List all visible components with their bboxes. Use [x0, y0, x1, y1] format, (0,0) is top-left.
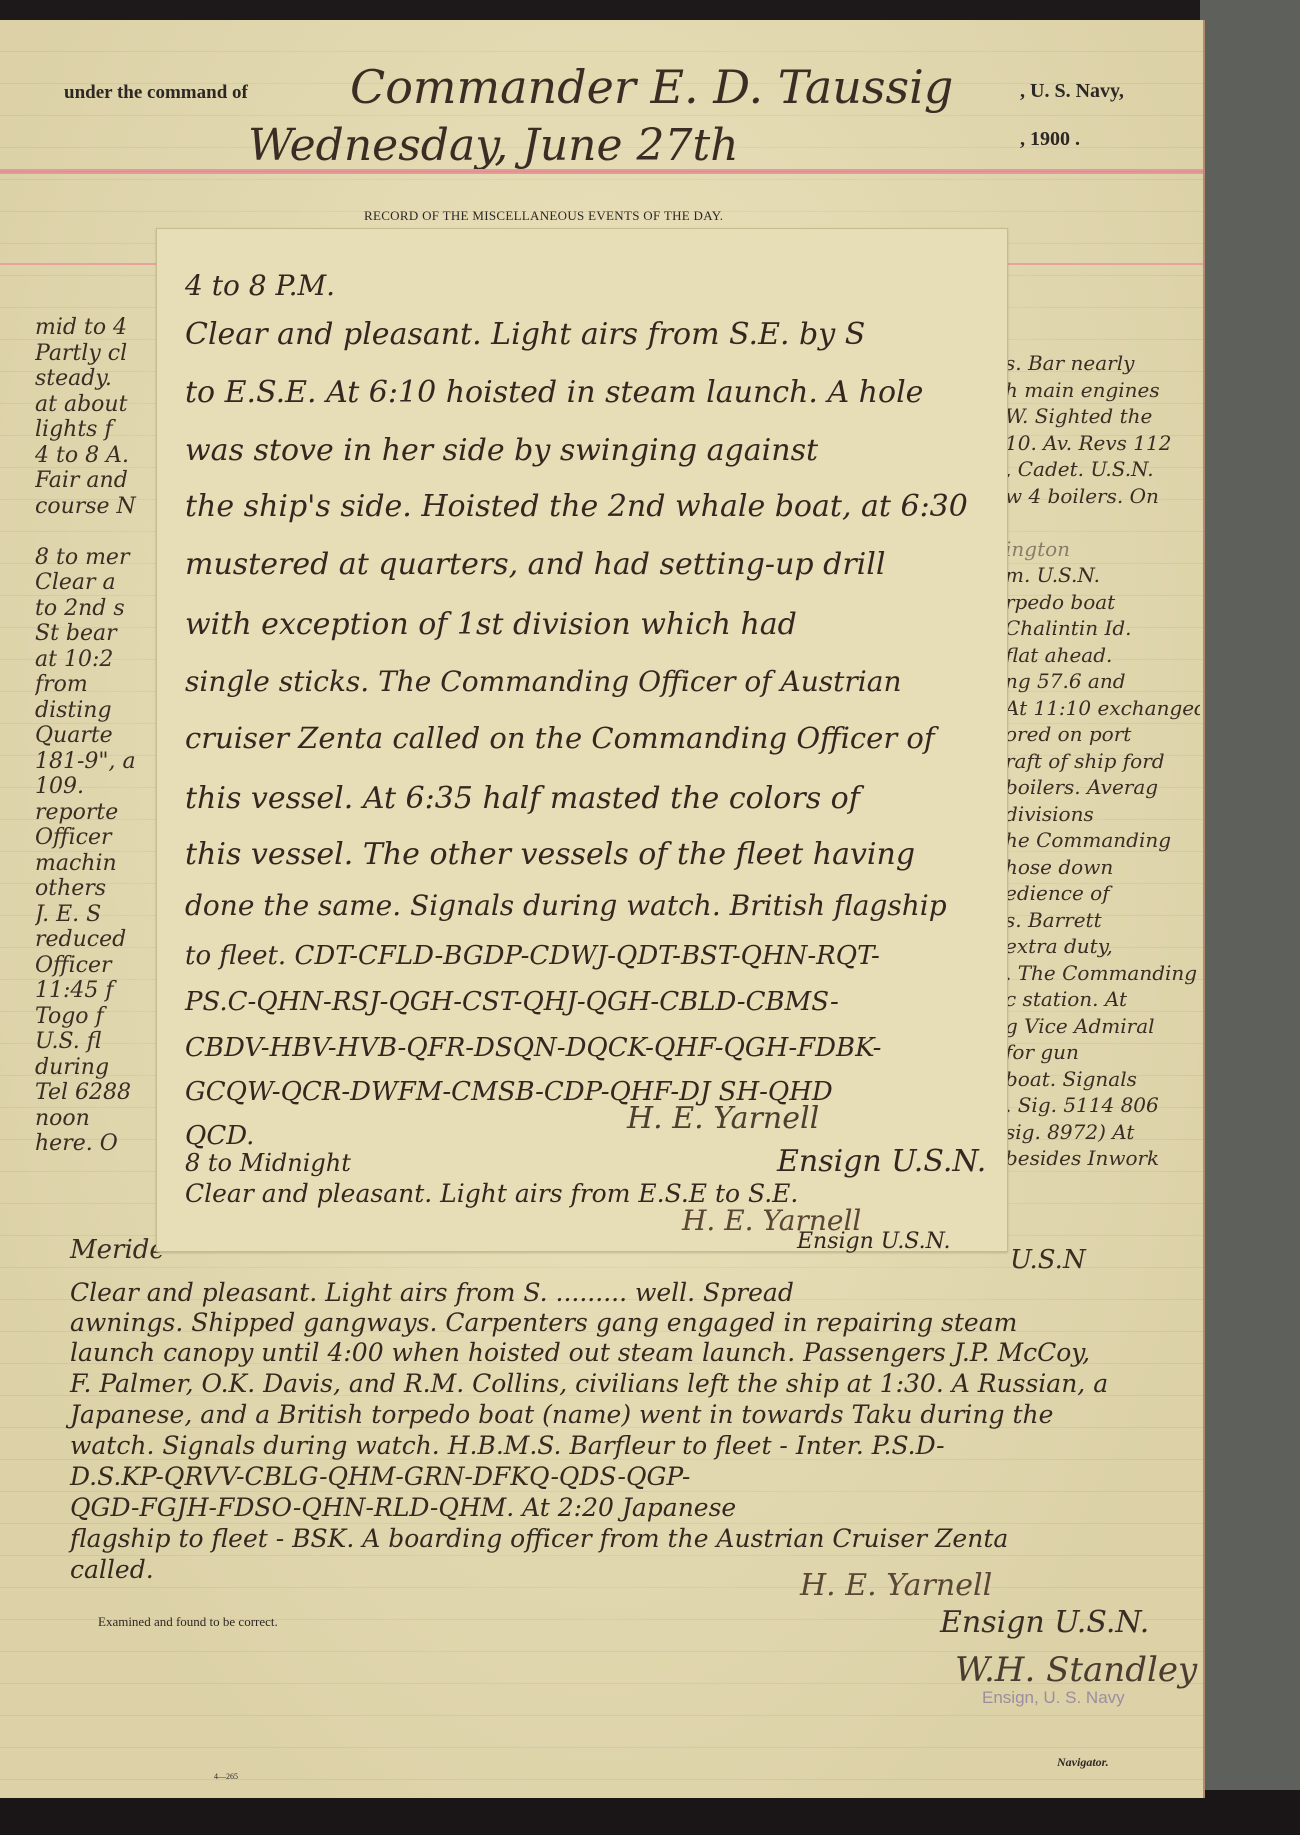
- text-fragment: , Cadet. U.S.N.: [1005, 456, 1200, 483]
- text-fragment: . The Commanding: [1005, 960, 1200, 987]
- header-rule: [0, 169, 1203, 174]
- scan-background-top: [0, 0, 1300, 22]
- date-field: Wednesday, June 27th: [248, 120, 739, 171]
- text-fragment: course N: [35, 494, 155, 520]
- text-fragment: 8 to mer: [35, 545, 155, 571]
- slip-line: single sticks. The Commanding Officer of…: [185, 665, 901, 698]
- text-fragment: raft of ship ford: [1005, 748, 1200, 775]
- entry-line: watch. Signals during watch. H.B.M.S. Ba…: [70, 1431, 945, 1462]
- text-fragment: Partly cl: [35, 341, 155, 367]
- text-fragment: machin: [35, 851, 155, 877]
- slip-line: the ship's side. Hoisted the 2nd whale b…: [185, 489, 968, 524]
- slip-line: to E.S.E. At 6:10 hoisted in steam launc…: [185, 375, 923, 410]
- slip-line: was stove in her side by swinging agains…: [185, 433, 818, 468]
- year-field: , 1900 .: [1020, 128, 1080, 151]
- signal-codes-line: QCD.: [185, 1121, 254, 1151]
- slip-line: done the same. Signals during watch. Bri…: [185, 889, 947, 922]
- text-fragment: to 2nd s: [35, 596, 155, 622]
- text-fragment: St bear: [35, 621, 155, 647]
- text-fragment: 10. Av. Revs 112: [1005, 430, 1200, 457]
- text-fragment: Fair and: [35, 468, 155, 494]
- entry-line: QGD-FGJH-FDSO-QHN-RLD-QHM. At 2:20 Japan…: [70, 1493, 736, 1524]
- text-fragment: s. Bar nearly: [1005, 350, 1200, 377]
- text-fragment: W. Sighted the: [1005, 403, 1200, 430]
- entry-line: awnings. Shipped gangways. Carpenters ga…: [70, 1308, 1017, 1339]
- form-number: 4—265: [214, 1772, 238, 1781]
- text-fragment: steady.: [35, 366, 155, 392]
- text-fragment: edience of: [1005, 880, 1200, 907]
- slip-line: cruiser Zenta called on the Commanding O…: [185, 721, 935, 755]
- text-fragment: 181-9", a: [35, 749, 155, 775]
- text-fragment: here. O: [35, 1131, 155, 1157]
- text-fragment: rpedo boat: [1005, 589, 1200, 616]
- signal-codes-line: PS.C-QHN-RSJ-QGH-CST-QHJ-QGH-CBLD-CBMS-: [185, 987, 839, 1017]
- signal-codes-line: to fleet. CDT-CFLD-BGDP-CDWJ-QDT-BST-QHN…: [185, 941, 880, 971]
- text-fragment: Chalintin Id.: [1005, 615, 1200, 642]
- text-fragment: J. E. S: [35, 902, 155, 928]
- text-fragment: Togo f: [35, 1004, 155, 1030]
- scan-background-right: [1200, 0, 1300, 1835]
- text-fragment: s. Barrett: [1005, 907, 1200, 934]
- text-fragment: hose down: [1005, 854, 1200, 881]
- text-fragment: U.S. fl: [35, 1029, 155, 1055]
- text-fragment: at 10:2: [35, 647, 155, 673]
- text-fragment: ington: [1005, 536, 1200, 563]
- entry-line: launch canopy until 4:00 when hoisted ou…: [70, 1338, 1090, 1369]
- command-prefix-label: under the command of: [64, 82, 248, 104]
- slip-line: with exception of 1st division which had: [185, 607, 797, 642]
- text-fragment: w 4 boilers. On: [1005, 483, 1200, 510]
- text-fragment: 109.: [35, 774, 155, 800]
- navigator-signature: W.H. Standley: [955, 1650, 1197, 1690]
- meridian-signature: H. E. Yarnell: [800, 1568, 992, 1603]
- text-fragment: others: [35, 876, 155, 902]
- text-fragment: g Vice Admiral: [1005, 1013, 1200, 1040]
- slip-line: mustered at quarters, and had setting-up…: [185, 547, 885, 582]
- text-fragment: Tel 6288: [35, 1080, 155, 1106]
- text-fragment: h main engines: [1005, 377, 1200, 404]
- text-fragment: noon: [35, 1106, 155, 1132]
- navigator-label: Navigator.: [1057, 1755, 1109, 1770]
- text-fragment: Officer: [35, 953, 155, 979]
- slip-line: Clear and pleasant. Light airs from S.E.…: [185, 317, 865, 352]
- text-fragment: besides Inwork: [1005, 1145, 1200, 1172]
- text-fragment: extra duty,: [1005, 933, 1200, 960]
- signature-title-1: Ensign U.S.N.: [777, 1144, 986, 1179]
- commander-name: Commander E. D. Taussig: [350, 60, 953, 114]
- watch-heading: 4 to 8 P.M.: [185, 269, 335, 302]
- text-fragment: Officer: [35, 825, 155, 851]
- text-fragment: boat. Signals: [1005, 1066, 1200, 1093]
- text-fragment: flat ahead.: [1005, 642, 1200, 669]
- slip-line: this vessel. The other vessels of the fl…: [185, 837, 915, 872]
- text-fragment: at about: [35, 392, 155, 418]
- text-fragment: Clear a: [35, 570, 155, 596]
- meridian-right-fragment: U.S.N: [1010, 1245, 1086, 1275]
- navy-suffix-label: , U. S. Navy,: [1020, 80, 1124, 103]
- slip-line: this vessel. At 6:35 half masted the col…: [185, 781, 860, 816]
- ensign-stamp: Ensign, U. S. Navy: [982, 1688, 1125, 1708]
- text-fragment: divisions: [1005, 801, 1200, 828]
- text-fragment: for gun: [1005, 1039, 1200, 1066]
- text-fragment: he Commanding: [1005, 827, 1200, 854]
- text-fragment: lights f: [35, 417, 155, 443]
- examined-label: Examined and found to be correct.: [98, 1614, 278, 1630]
- text-fragment: At 11:10 exchanged: [1005, 695, 1200, 722]
- meridian-signature-title: Ensign U.S.N.: [940, 1605, 1149, 1640]
- text-fragment: boilers. Averag: [1005, 774, 1200, 801]
- entry-line: Japanese, and a British torpedo boat (na…: [70, 1400, 1053, 1431]
- signature-title-2: Ensign U.S.N.: [797, 1229, 950, 1254]
- signature-yarnell-1: H. E. Yarnell: [627, 1101, 819, 1136]
- entry-line: F. Palmer, O.K. Davis, and R.M. Collins,…: [70, 1369, 1108, 1400]
- text-fragment: [35, 519, 155, 545]
- watch-heading-2: 8 to Midnight: [185, 1149, 351, 1177]
- entry-line: flagship to fleet - BSK. A boarding offi…: [70, 1524, 1008, 1555]
- signal-codes-line: CBDV-HBV-HVB-QFR-DSQN-DQCK-QHF-QGH-FDBK-: [185, 1033, 881, 1063]
- text-fragment: ng 57.6 and: [1005, 668, 1200, 695]
- entry-line: called.: [70, 1555, 154, 1586]
- entry-line: Clear and pleasant. Light airs from S. .…: [70, 1278, 794, 1309]
- text-fragment: during: [35, 1055, 155, 1081]
- pasted-log-slip: 4 to 8 P.M. Clear and pleasant. Light ai…: [156, 228, 1008, 1252]
- text-fragment: reporte: [35, 800, 155, 826]
- text-fragment: c station. At: [1005, 986, 1200, 1013]
- text-fragment: ored on port: [1005, 721, 1200, 748]
- text-fragment: Quarte: [35, 723, 155, 749]
- text-fragment: sig. 8972) At: [1005, 1119, 1200, 1146]
- left-column-text: mid to 4 Partly cl steady. at about ligh…: [35, 315, 155, 1157]
- text-fragment: 11:45 f: [35, 978, 155, 1004]
- entry-line: D.S.KP-QRVV-CBLG-QHM-GRN-DFKQ-QDS-QGP-: [70, 1462, 690, 1493]
- right-column-text: s. Bar nearly h main engines W. Sighted …: [1005, 350, 1200, 1172]
- text-fragment: disting: [35, 698, 155, 724]
- meridian-heading: Meride: [70, 1235, 165, 1265]
- text-fragment: reduced: [35, 927, 155, 953]
- text-fragment: mid to 4: [35, 315, 155, 341]
- text-fragment: . Sig. 5114 806: [1005, 1092, 1200, 1119]
- section-title: RECORD OF THE MISCELLANEOUS EVENTS OF TH…: [364, 208, 723, 224]
- text-fragment: [1005, 509, 1200, 536]
- text-fragment: from: [35, 672, 155, 698]
- text-fragment: 4 to 8 A.: [35, 443, 155, 469]
- text-fragment: m. U.S.N.: [1005, 562, 1200, 589]
